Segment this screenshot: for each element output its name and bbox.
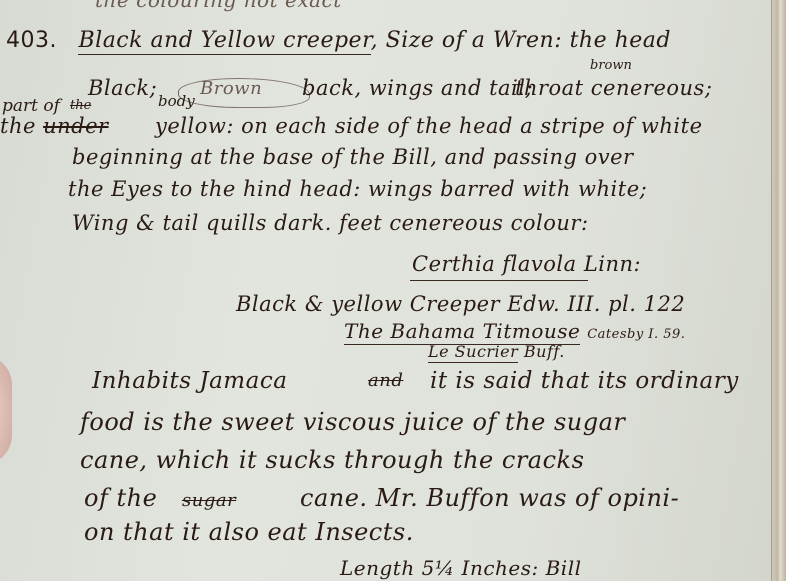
entry-number: 403.	[6, 28, 57, 53]
habitat-struck-sugar: sugar	[182, 490, 236, 511]
habitat-line-4c: cane. Mr. Buffon was of opini-	[300, 484, 679, 512]
struck-under: under	[43, 114, 108, 138]
habitat-line-1a: Inhabits Jamaca	[92, 368, 287, 394]
line-2a: Black;	[88, 76, 157, 100]
habitat-line-4a: of the	[84, 484, 157, 512]
buffon-name: Le Sucrier	[428, 342, 518, 363]
habitat-struck-and: and	[368, 370, 403, 391]
synonym-linnaeus: Certhia flavola Linn:	[412, 252, 641, 276]
synonym-catesby: The Bahama Titmouse Catesby I. 59.	[344, 319, 685, 343]
top-cut-line: the colouring not exact	[95, 0, 342, 12]
the-prefix: the	[0, 114, 36, 138]
line-1: , Size of a Wren: the head	[371, 28, 671, 53]
struck-word: the	[70, 98, 91, 113]
line-5: the Eyes to the hind head: wings barred …	[68, 177, 647, 201]
manuscript-page: the colouring not exact 403. Black and Y…	[0, 0, 772, 581]
line-2b-faint: Brown	[200, 78, 262, 99]
margin-note-part-of: part of	[2, 96, 60, 116]
habitat-line-5: on that it also eat Insects.	[84, 518, 414, 546]
insertion-brown: brown	[590, 58, 632, 73]
synonym-edwards: Black & yellow Creeper Edw. III. pl. 122	[236, 292, 685, 316]
habitat-line-2: food is the sweet viscous juice of the s…	[80, 408, 625, 436]
bottom-cut-line: Length 5¼ Inches: Bill	[340, 556, 582, 580]
entry-heading: 403. Black and Yellow creeper, Size of a…	[6, 28, 671, 53]
synonym-buffon: Le Sucrier Buff.	[428, 342, 565, 361]
habitat-line-1c: it is said that its ordinary	[430, 368, 739, 394]
insertion-body: body	[158, 92, 195, 110]
thumb-edge	[0, 355, 12, 465]
underline-linnaeus	[410, 280, 588, 281]
buffon-ref: Buff.	[524, 342, 565, 361]
line-2c: back, wings and tail;	[302, 76, 533, 100]
habitat-line-3: cane, which it sucks through the cracks	[80, 446, 584, 474]
line-4: beginning at the base of the Bill, and p…	[72, 145, 634, 169]
line-6: Wing & tail quills dark. feet cenereous …	[72, 211, 589, 235]
book-gutter	[771, 0, 786, 581]
species-title: Black and Yellow creeper	[78, 28, 370, 55]
catesby-ref: Catesby I. 59.	[587, 327, 685, 342]
line-3-prefix: the under	[0, 114, 109, 138]
line-3: yellow: on each side of the head a strip…	[155, 114, 703, 138]
line-2d: throat cenereous;	[515, 76, 712, 100]
